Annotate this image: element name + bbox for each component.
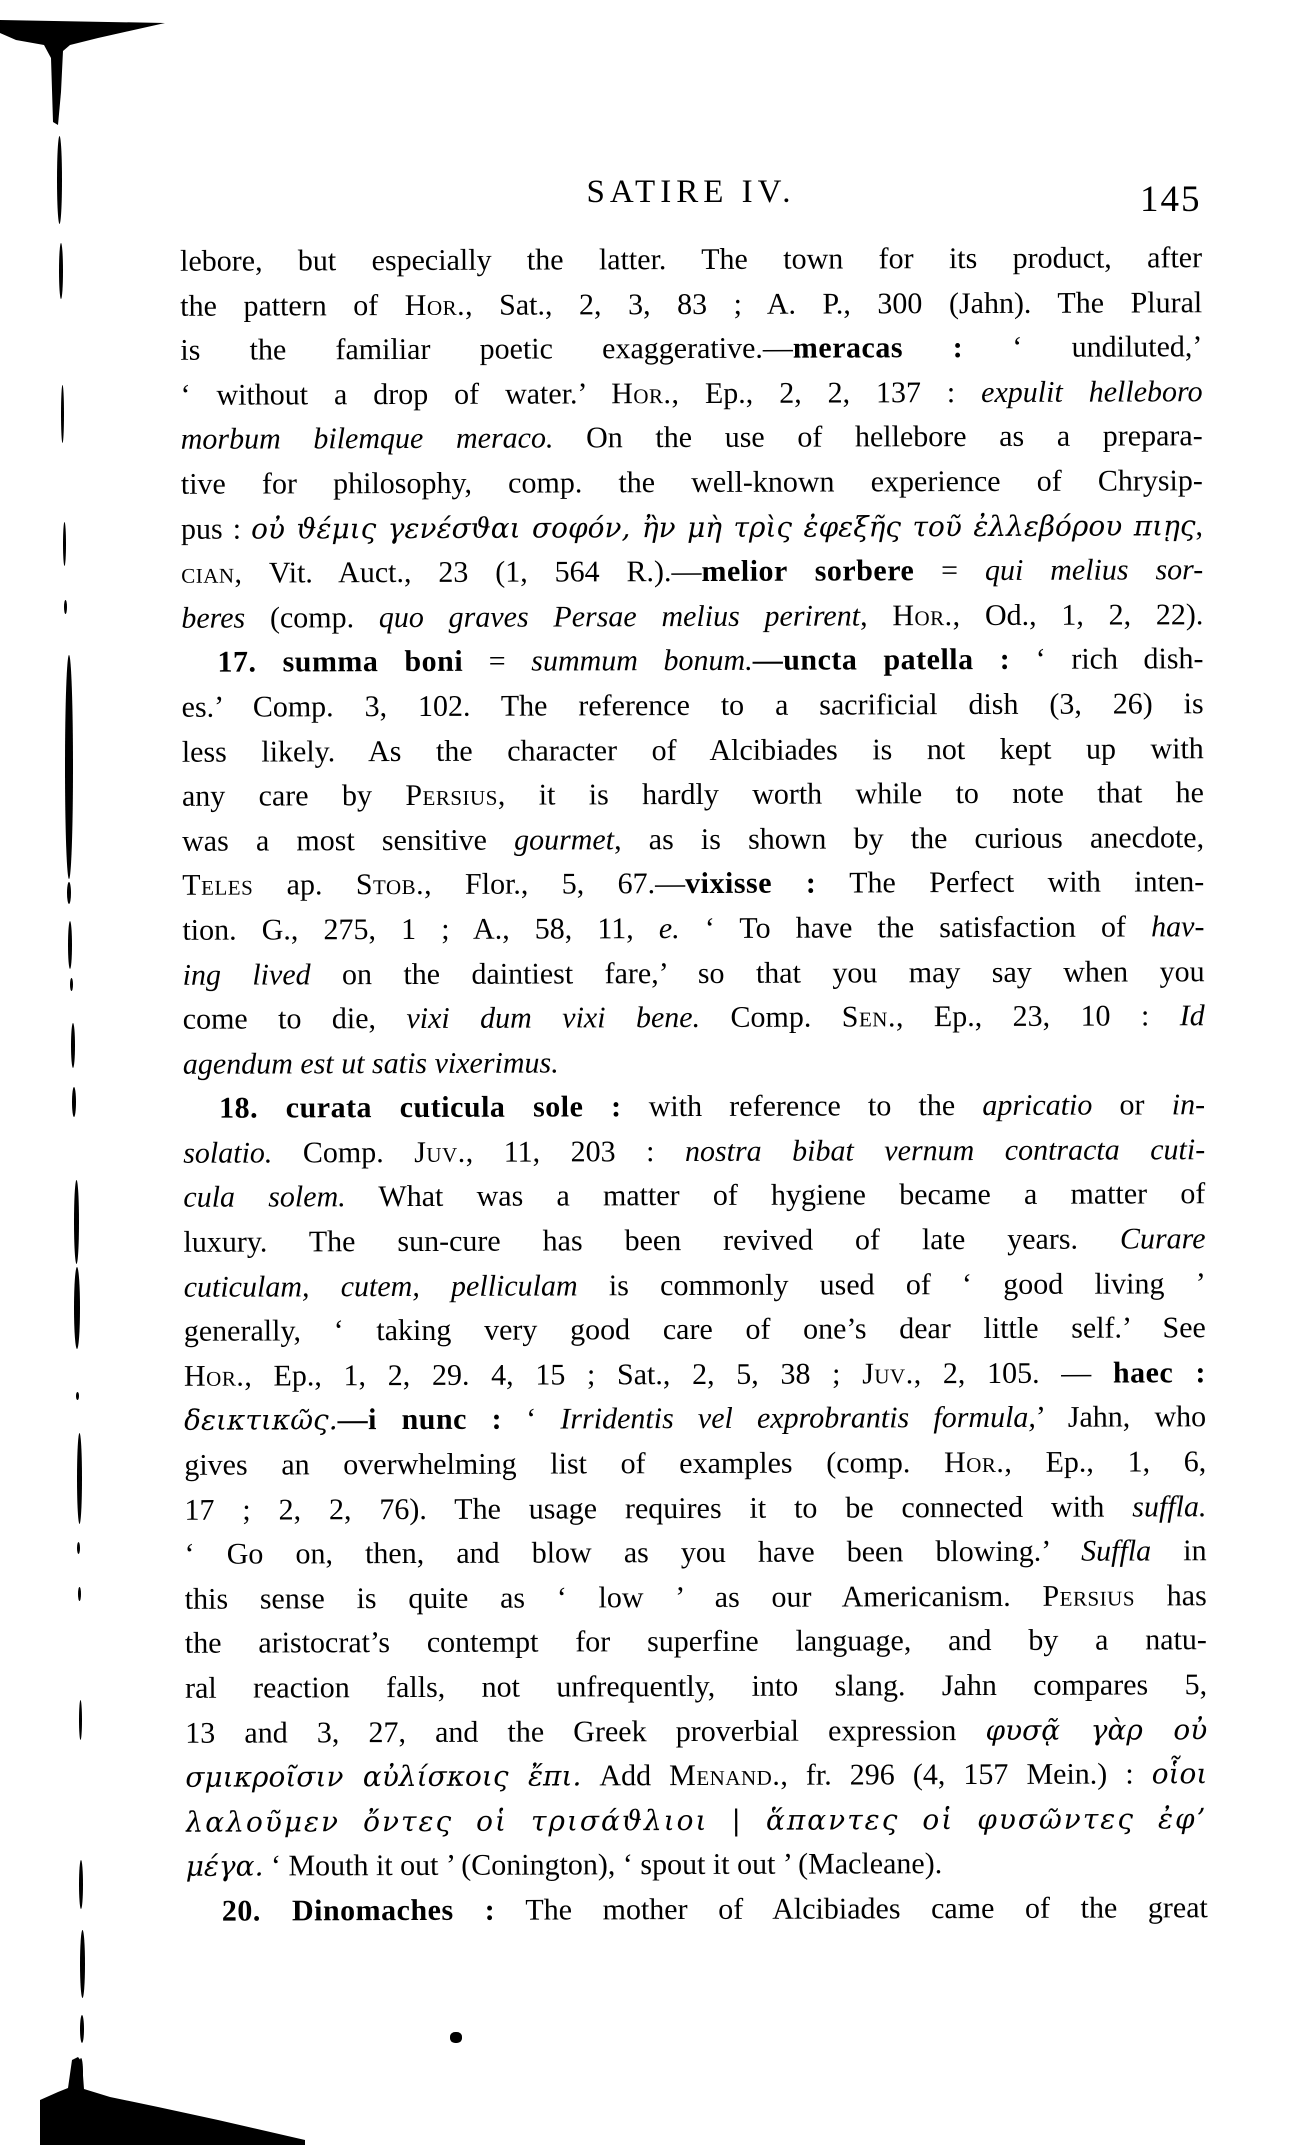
text-segment: lebore, but especially the latter. The t… (180, 241, 1202, 278)
text-segment: Id (1180, 999, 1205, 1032)
text-segment: solatio. (183, 1136, 272, 1169)
text-line: 17 ; 2, 2, 76). The usage requires it to… (184, 1485, 1206, 1533)
text-segment: Hor. (405, 288, 465, 321)
text-segment: agendum est ut satis vixerimus. (183, 1046, 559, 1080)
text-segment: vixisse : (685, 867, 816, 900)
page-number: 145 (1140, 178, 1202, 221)
text-segment: 17 ; 2, 2, 76). The usage requires it to… (184, 1490, 1132, 1526)
text-segment: , as is shown by the curious anecdote, (614, 821, 1204, 856)
text-segment: Hor. (611, 377, 671, 410)
text-segment: come to die, (183, 1002, 407, 1036)
text-segment: nostra bibat vernum contracta cuti- (685, 1133, 1205, 1168)
text-segment: cuticulam, cutem, pelliculam (184, 1269, 578, 1303)
text-line: luxury. The sun-cure has been revived of… (183, 1217, 1205, 1265)
text-segment: , Od., 1, 2, 22). (953, 598, 1204, 632)
text-segment: the pattern of (180, 289, 405, 323)
text-segment: οἷοι (1152, 1757, 1208, 1790)
binding-mark (79, 1700, 82, 1740)
text-segment: Vit. Auct., 23 (1, 564 R.).— (242, 555, 701, 590)
text-segment: , (860, 599, 892, 632)
text-line: ral reaction falls, not unfrequently, in… (185, 1663, 1207, 1711)
text-line: ‘ without a drop of water.’ Hor., Ep., 2… (180, 370, 1202, 418)
text-segment: luxury. The sun-cure has been revived of… (183, 1223, 1120, 1259)
text-segment: —i nunc : (338, 1403, 503, 1437)
text-line: cula solem. What was a matter of hygiene… (183, 1173, 1205, 1221)
text-segment: Hor. (892, 599, 952, 632)
text-segment: , fr. 296 (4, 157 Mein.) : (780, 1758, 1152, 1792)
text-segment: On the use of hellebore as a prepara- (553, 420, 1202, 455)
text-segment: or (1092, 1089, 1171, 1122)
text-line: generally, ‘ taking very good care of on… (184, 1306, 1206, 1354)
text-segment: gives an overwhelming list of examples (… (184, 1446, 944, 1482)
text-line: this sense is quite as ‘ low ’ as our Am… (185, 1574, 1207, 1622)
text-segment: melior sorbere (701, 554, 914, 588)
text-segment: 13 and 3, 27, and the Greek proverbial e… (185, 1714, 985, 1750)
text-segment: 18. curata cuticula sole : (219, 1091, 622, 1125)
text-segment: , 2, 105. — (914, 1356, 1113, 1390)
text-segment: beres (181, 601, 245, 634)
text-segment: Add (581, 1759, 669, 1792)
text-line: cian, Vit. Auct., 23 (1, 564 R.).—melior… (181, 548, 1203, 596)
text-segment: ‘ undiluted,’ (963, 330, 1202, 364)
text-line: 13 and 3, 27, and the Greek proverbial e… (185, 1708, 1207, 1756)
text-line: less likely. As the character of Alcibia… (182, 727, 1204, 775)
binding-mark (79, 1860, 83, 1909)
text-segment: this sense is quite as ‘ low ’ as our Am… (185, 1580, 1043, 1616)
text-segment: ing lived (183, 958, 311, 991)
text-line: ‘ Go on, then, and blow as you have been… (185, 1529, 1207, 1577)
text-segment: Persius (405, 779, 498, 812)
binding-mark (80, 1930, 85, 1998)
text-segment: quo graves Persae melius perirent (379, 599, 860, 634)
binding-mark (68, 921, 72, 969)
text-segment: , Ep., 23, 10 : (896, 999, 1180, 1033)
text-segment: δεικτικῶς. (184, 1404, 338, 1438)
text-segment: is commonly used of ‘ good living ’ (578, 1267, 1206, 1302)
text-line: pus : οὐ ϑέμις γενέσϑαι σοφόν, ἢν μὴ τρὶ… (181, 504, 1203, 552)
text-segment: the aristocrat’s contempt for superfine … (185, 1624, 1207, 1661)
text-segment: suffla. (1132, 1490, 1206, 1523)
text-segment: in- (1172, 1088, 1205, 1121)
binding-mark (80, 2015, 84, 2043)
text-segment: , Ep., 2, 2, 137 : (671, 376, 981, 410)
text-segment: Curare (1120, 1222, 1206, 1255)
text-line: lebore, but especially the latter. The t… (180, 236, 1202, 284)
text-line: 18. curata cuticula sole : with referenc… (183, 1083, 1205, 1131)
text-segment: e. (659, 912, 680, 945)
text-segment: meracas : (793, 331, 963, 365)
text-segment: Comp. (700, 1001, 842, 1034)
binding-mark (61, 385, 64, 443)
text-segment: on the daintiest fare,’ so that you may … (311, 955, 1205, 991)
text-segment: tion. G., 275, 1 ; A., 58, 11, (182, 912, 659, 947)
text-segment: Hor. (944, 1446, 1004, 1479)
text-segment: pus : (181, 512, 251, 545)
scan-artifact-top-corner (0, 18, 170, 130)
text-segment: qui melius sor- (985, 553, 1203, 587)
text-segment: , (1195, 509, 1203, 542)
text-segment: Juv. (414, 1136, 466, 1169)
binding-mark (67, 882, 71, 904)
text-line: come to die, vixi dum vixi bene. Comp. S… (183, 994, 1205, 1042)
text-segment: = (463, 645, 531, 678)
text-segment: σμικροῖσιν αὐλίσκοις ἔπι. (185, 1760, 581, 1794)
text-segment: haec : (1113, 1356, 1206, 1389)
text-segment: The Perfect with inten- (816, 866, 1204, 900)
text-segment: The mother of Alcibiades came of the gre… (495, 1891, 1208, 1926)
binding-mark (57, 136, 62, 224)
text-segment: cula solem. (183, 1181, 345, 1215)
text-line: Hor., Ep., 1, 2, 29. 4, 15 ; Sat., 2, 5,… (184, 1351, 1206, 1399)
text-line: tive for philosophy, comp. the well-know… (181, 459, 1203, 507)
page-header-title: SATIRE IV. (180, 174, 1202, 211)
text-segment: Persius (1042, 1579, 1135, 1612)
text-segment: μέγα. (186, 1850, 264, 1883)
text-segment: Hor. (184, 1359, 244, 1392)
text-segment: ‘ Go on, then, and blow as you have been… (185, 1535, 1082, 1571)
text-segment: vixi dum vixi bene. (406, 1001, 700, 1035)
text-segment: Teles (182, 869, 253, 902)
page-text: lebore, but especially the latter. The t… (180, 236, 1208, 1934)
text-segment: , Ep., 1, 6, (1004, 1445, 1206, 1479)
text-line: 20. Dinomaches : The mother of Alcibiade… (186, 1886, 1208, 1934)
text-segment: ‘ To have the satisfaction of (680, 910, 1151, 945)
text-segment: morbum bilemque meraco. (181, 422, 554, 456)
text-line: cuticulam, cutem, pelliculam is commonly… (184, 1262, 1206, 1310)
text-segment: , 11, 203 : (466, 1135, 685, 1169)
binding-mark (74, 1267, 80, 1349)
text-segment: Stob. (356, 868, 424, 901)
text-line: λαλοῦμεν ὄντες οἱ τρισάϑλιοι | ἅπαντες ο… (185, 1797, 1207, 1845)
text-segment: Juv. (862, 1357, 914, 1390)
text-line: μέγα. ‘ Mouth it out ’ (Conington), ‘ sp… (186, 1842, 1208, 1890)
text-segment: ‘ Mouth it out ’ (Conington), ‘ spout it… (263, 1848, 942, 1883)
binding-mark (64, 600, 67, 614)
text-line: es.’ Comp. 3, 102. The reference to a sa… (182, 682, 1204, 730)
binding-mark (76, 1392, 79, 1400)
binding-mark (79, 2058, 83, 2086)
text-segment: What was a matter of hygiene became a ma… (346, 1178, 1206, 1214)
text-line: Teles ap. Stob., Flor., 5, 67.—vixisse :… (182, 861, 1204, 909)
text-segment: hav- (1151, 910, 1204, 943)
text-segment: gourmet (514, 823, 614, 856)
text-segment: Comp. (272, 1136, 414, 1169)
text-segment: , it is hardly worth while to note that … (498, 776, 1204, 811)
text-line: beres (comp. quo graves Persae melius pe… (181, 593, 1203, 641)
binding-mark (65, 655, 73, 879)
text-segment: ’ Jahn, who (1036, 1401, 1206, 1435)
text-line: 17. summa boni = summum bonum.—uncta pat… (181, 638, 1203, 686)
text-segment: is the familiar poetic exaggerative.— (180, 332, 793, 367)
text-segment: less likely. As the character of Alcibia… (182, 732, 1204, 769)
text-line: the aristocrat’s contempt for superfine … (185, 1619, 1207, 1667)
text-segment: ‘ rich dish- (1010, 643, 1203, 677)
binding-mark (59, 243, 63, 299)
binding-mark (78, 1587, 81, 1601)
text-segment: φυσᾷ γὰρ οὐ (985, 1713, 1207, 1747)
text-segment: in (1151, 1534, 1207, 1567)
text-line: morbum bilemque meraco. On the use of he… (181, 415, 1203, 463)
text-line: tion. G., 275, 1 ; A., 58, 11, e. ‘ To h… (182, 905, 1204, 953)
text-line: the pattern of Hor., Sat., 2, 3, 83 ; A.… (180, 281, 1202, 329)
text-segment: tive for philosophy, comp. the well-know… (181, 464, 1203, 501)
binding-mark (63, 522, 66, 566)
text-segment: Irridentis vel exprobrantis formula, (560, 1401, 1036, 1436)
text-segment: has (1135, 1579, 1207, 1612)
text-segment: 17. summa boni (217, 645, 463, 679)
text-segment: apricatio (982, 1089, 1092, 1122)
text-segment: generally, ‘ taking very good care of on… (184, 1311, 1206, 1348)
scanned-book-page: SATIRE IV. 145 lebore, but especially th… (0, 0, 1313, 2145)
text-segment: = (914, 554, 985, 587)
text-segment: οὐ ϑέμις γενέσϑαι σοφόν, ἢν μὴ τρὶς ἐφεξ… (251, 509, 1196, 545)
binding-mark (72, 1087, 76, 1117)
printers-mark (450, 2032, 462, 2043)
text-line: gives an overwhelming list of examples (… (184, 1440, 1206, 1488)
text-segment: λαλοῦμεν ὄντες οἱ τρισάϑλιοι | ἅπαντες ο… (185, 1802, 1207, 1845)
text-segment: ap. (253, 868, 356, 901)
text-segment: —uncta patella : (753, 643, 1011, 677)
text-segment: cian, (181, 557, 242, 590)
text-segment: , Ep., 1, 2, 29. 4, 15 ; Sat., 2, 5, 38 … (244, 1357, 862, 1392)
binding-mark (74, 1180, 79, 1264)
text-line: any care by Persius, it is hardly worth … (182, 771, 1204, 819)
text-line: was a most sensitive gourmet, as is show… (182, 816, 1204, 864)
text-segment: was a most sensitive (182, 823, 514, 857)
text-segment: 20. Dinomaches : (222, 1894, 496, 1928)
text-line: σμικροῖσιν αὐλίσκοις ἔπι. Add Menand., f… (185, 1752, 1207, 1800)
text-segment: ‘ (502, 1403, 560, 1436)
text-segment: expulit helleboro (981, 375, 1203, 409)
text-segment: ral reaction falls, not unfrequently, in… (185, 1668, 1207, 1705)
text-line: ing lived on the daintiest fare,’ so tha… (182, 950, 1204, 998)
text-segment: , Flor., 5, 67.— (424, 867, 685, 901)
text-line: is the familiar poetic exaggerative.—mer… (180, 325, 1202, 373)
binding-mark (77, 1542, 80, 1554)
text-segment: , Sat., 2, 3, 83 ; A. P., 300 (Jahn). Th… (465, 286, 1202, 322)
text-line: δεικτικῶς.—i nunc : ‘ Irridentis vel exp… (184, 1396, 1206, 1444)
text-segment: ‘ without a drop of water.’ (180, 377, 611, 412)
text-segment: es.’ Comp. 3, 102. The reference to a sa… (182, 687, 1204, 724)
text-line: solatio. Comp. Juv., 11, 203 : nostra bi… (183, 1128, 1205, 1176)
binding-mark (71, 1023, 75, 1068)
text-segment: Sen. (842, 1000, 896, 1033)
text-segment: summum bonum. (531, 644, 753, 678)
text-segment: (comp. (245, 601, 379, 634)
binding-mark (70, 978, 73, 991)
text-segment: any care by (182, 779, 405, 813)
text-line: agendum est ut satis vixerimus. (183, 1039, 1205, 1087)
text-segment: Suffla (1081, 1535, 1151, 1568)
text-segment: with reference to the (621, 1089, 982, 1123)
binding-mark (77, 1433, 82, 1524)
text-segment: Menand. (669, 1759, 780, 1792)
